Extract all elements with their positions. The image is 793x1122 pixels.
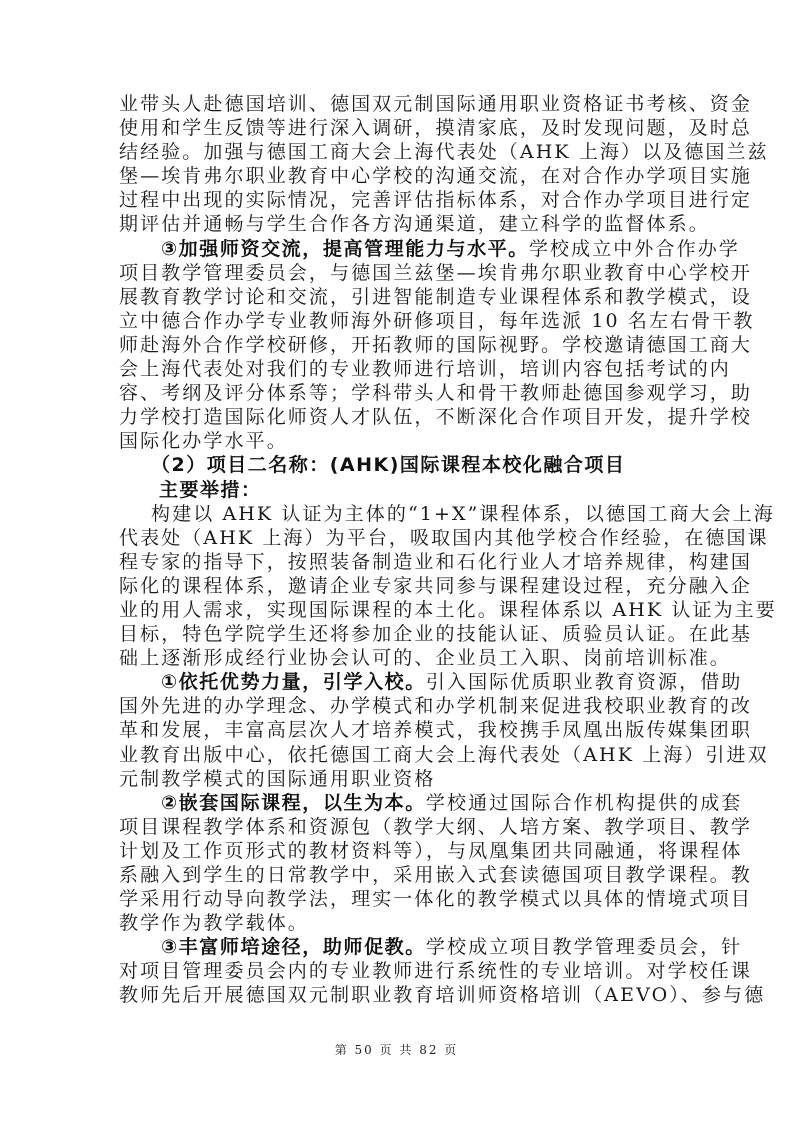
- paragraph-lead-bold: ③加强师资交流，提高管理能力与水平。: [161, 238, 529, 260]
- paragraph-lead-bold: ②嵌套国际课程，以生为本。: [161, 792, 426, 814]
- text-line: 础上逐渐形成经行业协会认可的、企业员工入职、岗前培训标准。: [119, 646, 679, 670]
- text-line: 业带头人赴德国培训、德国双元制国际通用职业资格证书考核、资金: [119, 92, 679, 116]
- text-line: ③加强师资交流，提高管理能力与水平。学校成立中外合作办学: [119, 237, 679, 261]
- paragraph-lead-bold: ③丰富师培途径，助师促教。: [161, 936, 426, 958]
- text-line: 项目教学管理委员会，与德国兰兹堡—埃肯弗尔职业教育中心学校开: [119, 261, 679, 285]
- paragraph-measure-1: ①依托优势力量，引学入校。引入国际优质职业教育资源，借助 国外先进的办学理念、办…: [119, 670, 679, 790]
- text-line: 结经验。加强与德国工商大会上海代表处（AHK 上海）以及德国兰兹: [119, 140, 679, 164]
- paragraph-measure-3: ③丰富师培途径，助师促教。学校成立项目教学管理委员会，针 对项目管理委员会内的专…: [119, 935, 679, 1007]
- text-line: 国外先进的办学理念、办学模式和办学机制来促进我校职业教育的改: [119, 694, 679, 718]
- text-line: ③丰富师培途径，助师促教。学校成立项目教学管理委员会，针: [119, 935, 679, 959]
- document-page: 业带头人赴德国培训、德国双元制国际通用职业资格证书考核、资金 使用和学生反馈等进…: [0, 0, 793, 1122]
- text-line: ②嵌套国际课程，以生为本。学校通过国际合作机构提供的成套: [119, 791, 679, 815]
- text-line: 元制教学模式的国际通用职业资格: [119, 767, 679, 791]
- text-line: 代表处（AHK 上海）为平台，吸取国内其他学校合作经验，在德国课: [119, 526, 679, 550]
- text-line: 堡—埃肯弗尔职业教育中心学校的沟通交流，在对合作办学项目实施: [119, 164, 679, 188]
- text-line: 构建以 AHK 认证为主体的“1+X”课程体系，以德国工商大会上海: [119, 502, 679, 526]
- text-line: 程专家的指导下，按照装备制造业和石化行业人才培养规律，构建国: [119, 550, 679, 574]
- paragraph-teacher-exchange: ③加强师资交流，提高管理能力与水平。学校成立中外合作办学 项目教学管理委员会，与…: [119, 237, 679, 454]
- text-line: 系融入到学生的日常教学中，采用嵌入式套读德国项目教学课程。教: [119, 863, 679, 887]
- text-line: 目标，特色学院学生还将参加企业的技能认证、质验员认证。在此基: [119, 622, 679, 646]
- section-heading: （2）项目二名称：(AHK)国际课程本校化融合项目: [119, 453, 679, 477]
- text-line: 容、考纲及评分体系等；学科带头人和骨干教师赴德国参观学习，助: [119, 381, 679, 405]
- text-line: 使用和学生反馈等进行深入调研，摸清家底，及时发现问题，及时总: [119, 116, 679, 140]
- text-line: ①依托优势力量，引学入校。引入国际优质职业教育资源，借助: [119, 670, 679, 694]
- text-line: 立中德合作办学专业教师海外研修项目，每年选派 10 名左右骨干教: [119, 309, 679, 333]
- text-line: 会上海代表处对我们的专业教师进行培训，培训内容包括考试的内: [119, 357, 679, 381]
- text-line: 学采用行动导向教学法，理实一体化的教学模式以具体的情境式项目: [119, 887, 679, 911]
- paragraph-lead-bold: ①依托优势力量，引学入校。: [161, 671, 426, 693]
- measures-heading: 主要举措：: [119, 478, 679, 502]
- paragraph-lead-rest: 学校成立中外合作办学: [529, 238, 740, 260]
- text-line: 力学校打造国际化师资人才队伍，不断深化合作项目开发，提升学校: [119, 405, 679, 429]
- text-line: 业教育出版中心，依托德国工商大会上海代表处（AHK 上海）引进双: [119, 743, 679, 767]
- paragraph-course-system: 构建以 AHK 认证为主体的“1+X”课程体系，以德国工商大会上海 代表处（AH…: [119, 502, 679, 671]
- paragraph-lead-rest: 学校通过国际合作机构提供的成套: [426, 792, 743, 814]
- continuation-paragraph: 业带头人赴德国培训、德国双元制国际通用职业资格证书考核、资金 使用和学生反馈等进…: [119, 92, 679, 237]
- text-line: 过程中出现的实际情况，完善评估指标体系，对合作办学项目进行定: [119, 188, 679, 212]
- text-line: 师赴海外合作学校研修，开拓教师的国际视野。学校邀请德国工商大: [119, 333, 679, 357]
- text-line: 计划及工作页形式的教材资料等），与凤凰集团共同融通，将课程体: [119, 839, 679, 863]
- text-line: 展教育教学讨论和交流，引进智能制造专业课程体系和教学模式，设: [119, 285, 679, 309]
- paragraph-measure-2: ②嵌套国际课程，以生为本。学校通过国际合作机构提供的成套 项目课程教学体系和资源…: [119, 791, 679, 936]
- document-body: 业带头人赴德国培训、德国双元制国际通用职业资格证书考核、资金 使用和学生反馈等进…: [119, 92, 679, 1008]
- text-line: 教学作为教学载体。: [119, 911, 679, 935]
- paragraph-lead-rest: 学校成立项目教学管理委员会，针: [426, 936, 743, 958]
- paragraph-lead-rest: 引入国际优质职业教育资源，借助: [426, 671, 743, 693]
- text-line: 革和发展，丰富高层次人才培养模式，我校携手凤凰出版传媒集团职: [119, 718, 679, 742]
- text-line: 教师先后开展德国双元制职业教育培训师资格培训（AEVO）、参与德: [119, 983, 679, 1007]
- text-line: 业的用人需求，实现国际课程的本土化。课程体系以 AHK 认证为主要: [119, 598, 679, 622]
- text-line: 项目课程教学体系和资源包（教学大纲、人培方案、教学项目、教学: [119, 815, 679, 839]
- text-line: 国际化办学水平。: [119, 429, 679, 453]
- text-line: 对项目管理委员会内的专业教师进行系统性的专业培训。对学校任课: [119, 959, 679, 983]
- text-line: 期评估并通畅与学生合作各方沟通渠道，建立科学的监督体系。: [119, 212, 679, 236]
- text-line: 际化的课程体系，邀请企业专家共同参与课程建设过程，充分融入企: [119, 574, 679, 598]
- page-number-footer: 第 50 页 共 82 页: [0, 1041, 793, 1058]
